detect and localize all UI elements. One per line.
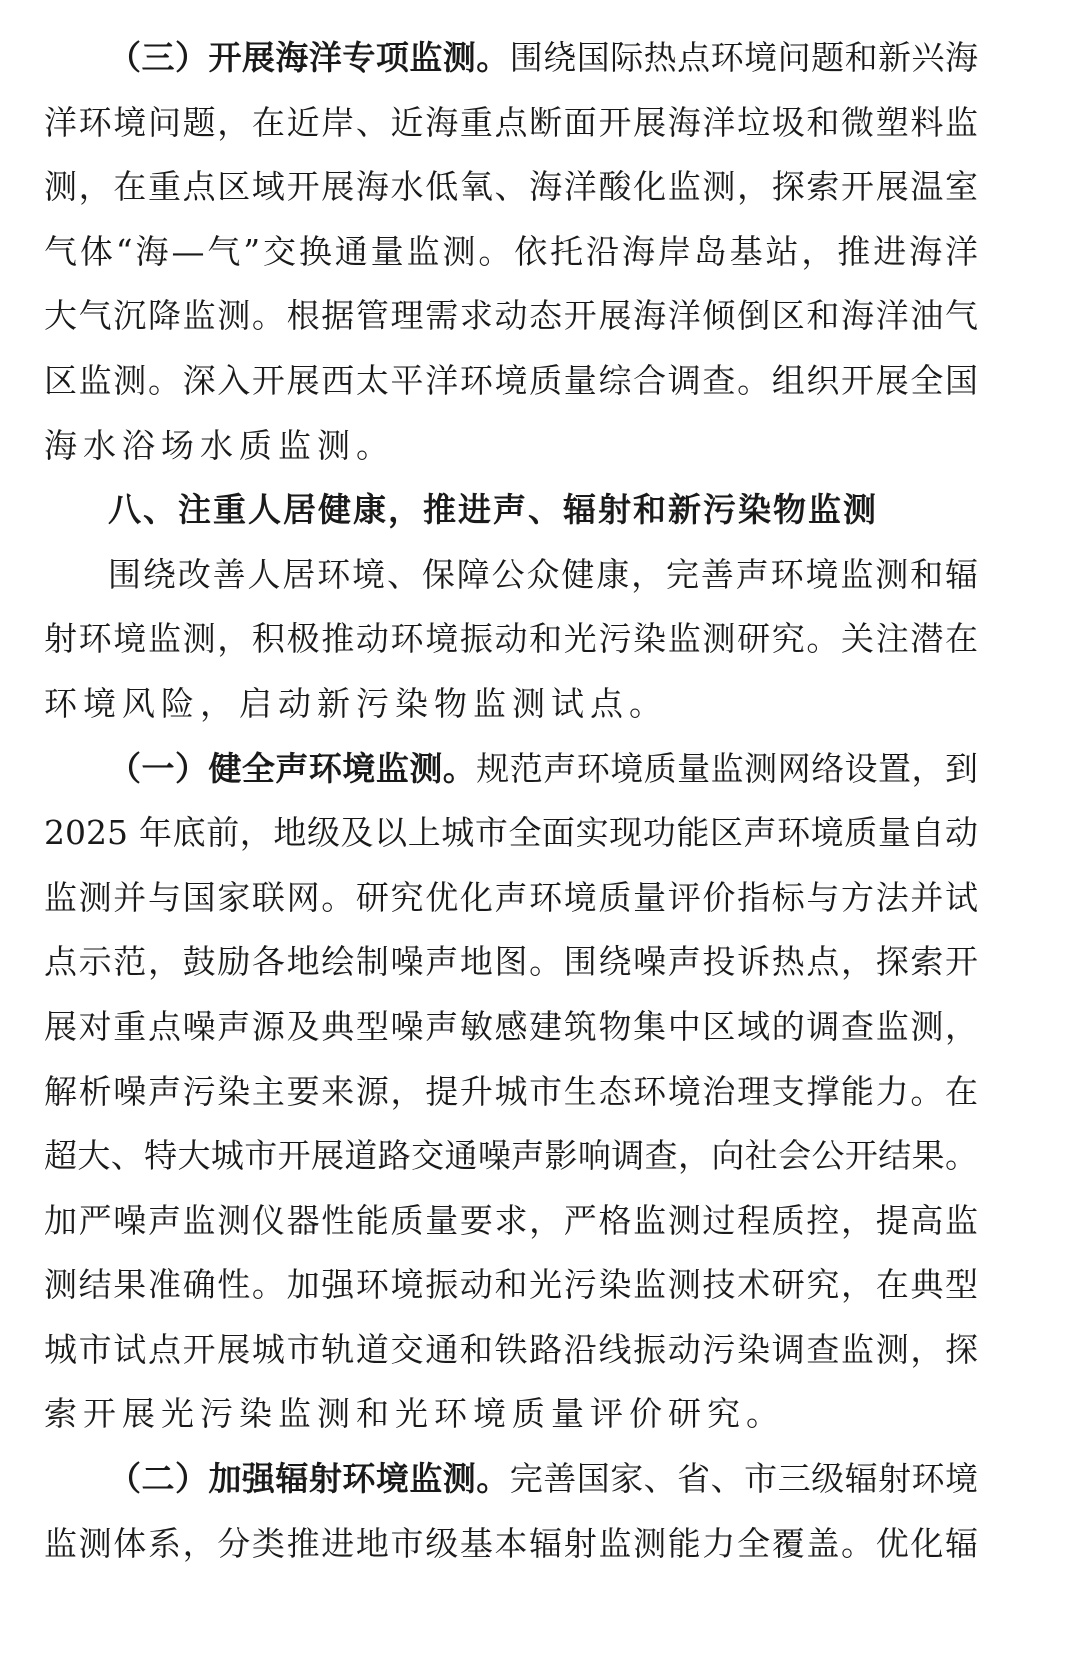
- text-line: 测，在重点区域开展海水低氧、海洋酸化监测，探索开展温室: [44, 155, 978, 220]
- text-line: 加严噪声监测仪器性能质量要求，严格监测过程质控，提高监: [44, 1189, 978, 1254]
- section-heading: 八、注重人居健康，推进声、辐射和新污染物监测: [44, 478, 978, 543]
- subsection-title: （二）加强辐射环境监测。: [108, 1459, 510, 1498]
- text-line: 2025 年底前，地级及以上城市全面实现功能区声环境质量自动: [44, 801, 978, 866]
- subsection-title: （三）开展海洋专项监测。: [108, 38, 510, 77]
- text-line: 点示范，鼓励各地绘制噪声地图。围绕噪声投诉热点，探索开: [44, 930, 978, 995]
- text-line: （二）加强辐射环境监测。完善国家、省、市三级辐射环境: [44, 1447, 978, 1512]
- text-line: 射环境监测，积极推动环境振动和光污染监测研究。关注潜在: [44, 607, 978, 672]
- text-line: （一）健全声环境监测。规范声环境质量监测网络设置，到: [44, 737, 978, 802]
- text-line: 大气沉降监测。根据管理需求动态开展海洋倾倒区和海洋油气: [44, 284, 978, 349]
- text-line: 测结果准确性。加强环境振动和光污染监测技术研究，在典型: [44, 1253, 978, 1318]
- text-line: 海水浴场水质监测。: [44, 414, 978, 479]
- text-line: 监测体系，分类推进地市级基本辐射监测能力全覆盖。优化辐: [44, 1512, 978, 1577]
- text-line: 超大、特大城市开展道路交通噪声影响调查，向社会公开结果。: [44, 1124, 978, 1189]
- text-line: 展对重点噪声源及典型噪声敏感建筑物集中区域的调查监测，: [44, 995, 978, 1060]
- text-line: 围绕改善人居环境、保障公众健康，完善声环境监测和辐: [44, 543, 978, 608]
- document-page: （三）开展海洋专项监测。围绕国际热点环境问题和新兴海 洋环境问题，在近岸、近海重…: [44, 26, 978, 1576]
- text-line: 监测并与国家联网。研究优化声环境质量评价指标与方法并试: [44, 866, 978, 931]
- text-line: （三）开展海洋专项监测。围绕国际热点环境问题和新兴海: [44, 26, 978, 91]
- text-line: 环境风险，启动新污染物监测试点。: [44, 672, 978, 737]
- text-line: 解析噪声污染主要来源，提升城市生态环境治理支撑能力。在: [44, 1060, 978, 1125]
- text-line: 区监测。深入开展西太平洋环境质量综合调查。组织开展全国: [44, 349, 978, 414]
- subsection-title: （一）健全声环境监测。: [108, 749, 476, 788]
- text-line: 索开展光污染监测和光环境质量评价研究。: [44, 1382, 978, 1447]
- text-line: 气体“海—气”交换通量监测。依托沿海岸岛基站，推进海洋: [44, 220, 978, 285]
- text-line: 洋环境问题，在近岸、近海重点断面开展海洋垃圾和微塑料监: [44, 91, 978, 156]
- text-line: 城市试点开展城市轨道交通和铁路沿线振动污染调查监测，探: [44, 1318, 978, 1383]
